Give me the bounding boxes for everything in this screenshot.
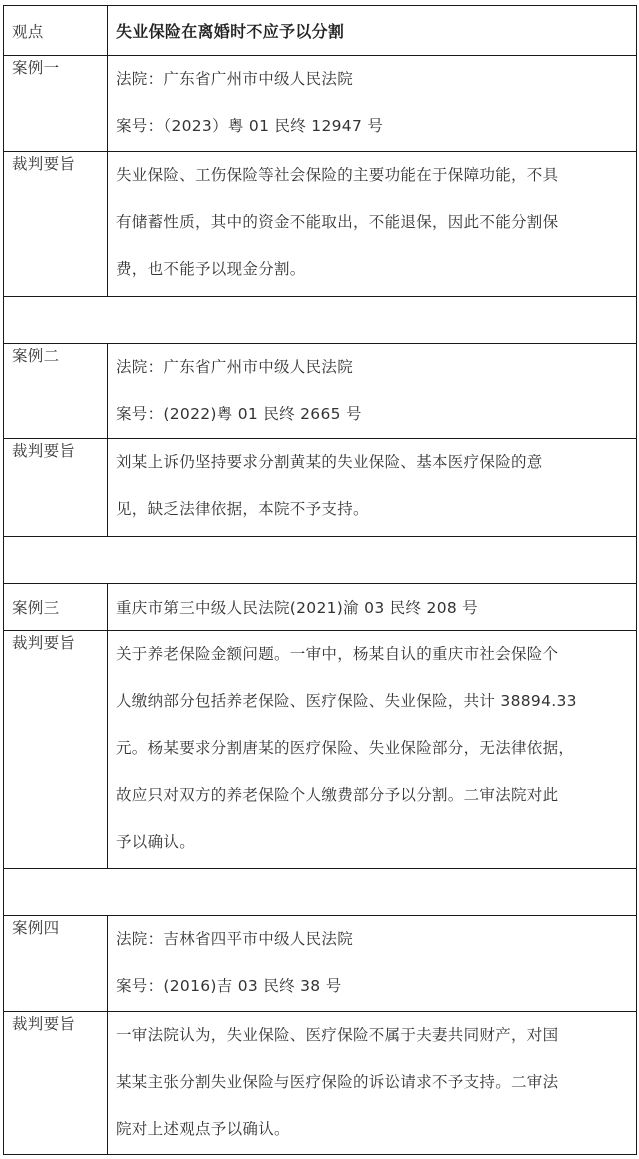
case-3-court-row: 案例三 重庆市第三中级人民法院(2021)渝 03 民终 208 号 [4, 584, 637, 631]
case-3-court-and-number: 重庆市第三中级人民法院(2021)渝 03 民终 208 号 [116, 599, 478, 617]
case-2-label: 案例二 [4, 344, 108, 439]
case-4-ruling-text: 一审法院认为，失业保险、医疗保险不属于夫妻共同财产，对国 某某主张分割失业保险与… [108, 1012, 637, 1155]
ruling-line: 失业保险、工伤保险等社会保险的主要功能在于保障功能，不具 [116, 152, 628, 199]
case-2-ruling-text: 刘某上诉仍坚持要求分割黄某的失业保险、基本医疗保险的意 见，缺乏法律依据，本院不… [108, 439, 637, 537]
viewpoint-row: 观点 失业保险在离婚时不应予以分割 [4, 6, 637, 56]
case-1-ruling-label: 裁判要旨 [4, 152, 108, 297]
case-1-court-name: 法院：广东省广州市中级人民法院 [116, 56, 628, 103]
ruling-line: 费，也不能予以现金分割。 [116, 246, 628, 293]
ruling-line: 故应只对双方的养老保险个人缴费部分予以分割。二审法院对此 [116, 772, 628, 819]
case-3-label: 案例三 [4, 584, 108, 631]
case-3-ruling-label: 裁判要旨 [4, 631, 108, 869]
case-2-case-number: 案号：(2022)粤 01 民终 2665 号 [116, 391, 628, 438]
viewpoint-title: 失业保险在离婚时不应予以分割 [108, 6, 637, 56]
case-2-court-info: 法院：广东省广州市中级人民法院 案号：(2022)粤 01 民终 2665 号 [108, 344, 637, 439]
case-1-court-row: 案例一 法院：广东省广州市中级人民法院 案号：（2023）粤 01 民终 129… [4, 56, 637, 152]
case-4-ruling-label: 裁判要旨 [4, 1012, 108, 1155]
ruling-line: 院对上述观点予以确认。 [116, 1106, 628, 1153]
case-4-court-row: 案例四 法院：吉林省四平市中级人民法院 案号：(2016)吉 03 民终 38 … [4, 916, 637, 1012]
case-1-ruling-text: 失业保险、工伤保险等社会保险的主要功能在于保障功能，不具 有储蓄性质，其中的资金… [108, 152, 637, 297]
case-4-case-number: 案号：(2016)吉 03 民终 38 号 [116, 963, 628, 1010]
ruling-line: 予以确认。 [116, 819, 628, 866]
empty-merged-cell [4, 537, 637, 584]
case-comparison-table: 观点 失业保险在离婚时不应予以分割 案例一 法院：广东省广州市中级人民法院 案号… [3, 5, 637, 1155]
ruling-line: 见，缺乏法律依据，本院不予支持。 [116, 486, 628, 533]
case-1-label: 案例一 [4, 56, 108, 152]
empty-merged-cell [4, 297, 637, 344]
ruling-line: 某某主张分割失业保险与医疗保险的诉讼请求不予支持。二审法 [116, 1059, 628, 1106]
case-4-court-info: 法院：吉林省四平市中级人民法院 案号：(2016)吉 03 民终 38 号 [108, 916, 637, 1012]
empty-merged-cell [4, 869, 637, 916]
viewpoint-title-text: 失业保险在离婚时不应予以分割 [116, 22, 344, 41]
case-3-ruling-text: 关于养老保险金额问题。一审中，杨某自认的重庆市社会保险个 人缴纳部分包括养老保险… [108, 631, 637, 869]
ruling-line: 元。杨某要求分割唐某的医疗保险、失业保险部分，无法律依据， [116, 725, 628, 772]
case-1-case-number: 案号：（2023）粤 01 民终 12947 号 [116, 103, 628, 150]
case-2-ruling-row: 裁判要旨 刘某上诉仍坚持要求分割黄某的失业保险、基本医疗保险的意 见，缺乏法律依… [4, 439, 637, 537]
spacer-row [4, 537, 637, 584]
ruling-line: 一审法院认为，失业保险、医疗保险不属于夫妻共同财产，对国 [116, 1012, 628, 1059]
spacer-row [4, 869, 637, 916]
case-3-court-info: 重庆市第三中级人民法院(2021)渝 03 民终 208 号 [108, 584, 637, 631]
case-4-label: 案例四 [4, 916, 108, 1012]
case-3-ruling-row: 裁判要旨 关于养老保险金额问题。一审中，杨某自认的重庆市社会保险个 人缴纳部分包… [4, 631, 637, 869]
spacer-row [4, 297, 637, 344]
case-1-court-info: 法院：广东省广州市中级人民法院 案号：（2023）粤 01 民终 12947 号 [108, 56, 637, 152]
case-1-ruling-row: 裁判要旨 失业保险、工伤保险等社会保险的主要功能在于保障功能，不具 有储蓄性质，… [4, 152, 637, 297]
ruling-line: 有储蓄性质，其中的资金不能取出，不能退保，因此不能分割保 [116, 199, 628, 246]
case-2-ruling-label: 裁判要旨 [4, 439, 108, 537]
case-2-court-name: 法院：广东省广州市中级人民法院 [116, 344, 628, 391]
ruling-line: 人缴纳部分包括养老保险、医疗保险、失业保险，共计 38894.33 [116, 678, 628, 725]
case-4-court-name: 法院：吉林省四平市中级人民法院 [116, 916, 628, 963]
viewpoint-label: 观点 [4, 6, 108, 56]
case-4-ruling-row: 裁判要旨 一审法院认为，失业保险、医疗保险不属于夫妻共同财产，对国 某某主张分割… [4, 1012, 637, 1155]
case-2-court-row: 案例二 法院：广东省广州市中级人民法院 案号：(2022)粤 01 民终 266… [4, 344, 637, 439]
ruling-line: 刘某上诉仍坚持要求分割黄某的失业保险、基本医疗保险的意 [116, 439, 628, 486]
ruling-line: 关于养老保险金额问题。一审中，杨某自认的重庆市社会保险个 [116, 631, 628, 678]
